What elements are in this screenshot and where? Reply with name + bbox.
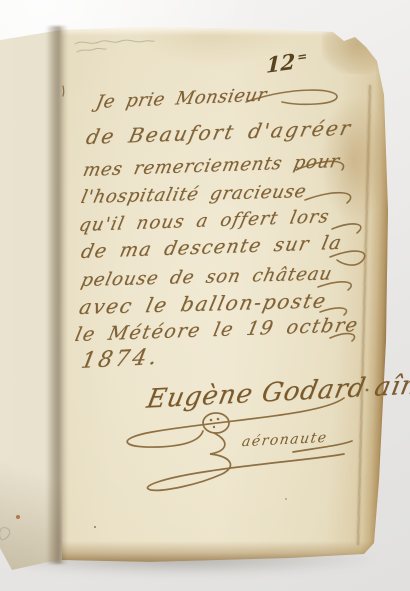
- book-gutter: [46, 26, 68, 564]
- foxing-spot: [94, 526, 96, 528]
- photograph-of-letter: 12= Je prie Monsieur de Beaufort d'agrée…: [0, 0, 410, 591]
- lot-number-value: 12: [266, 48, 296, 77]
- manuscript-line-10: 1874.: [79, 345, 162, 374]
- lot-number-mark: =: [297, 49, 307, 65]
- foxing-spot: [285, 498, 287, 500]
- foxing-spot: [16, 515, 20, 519]
